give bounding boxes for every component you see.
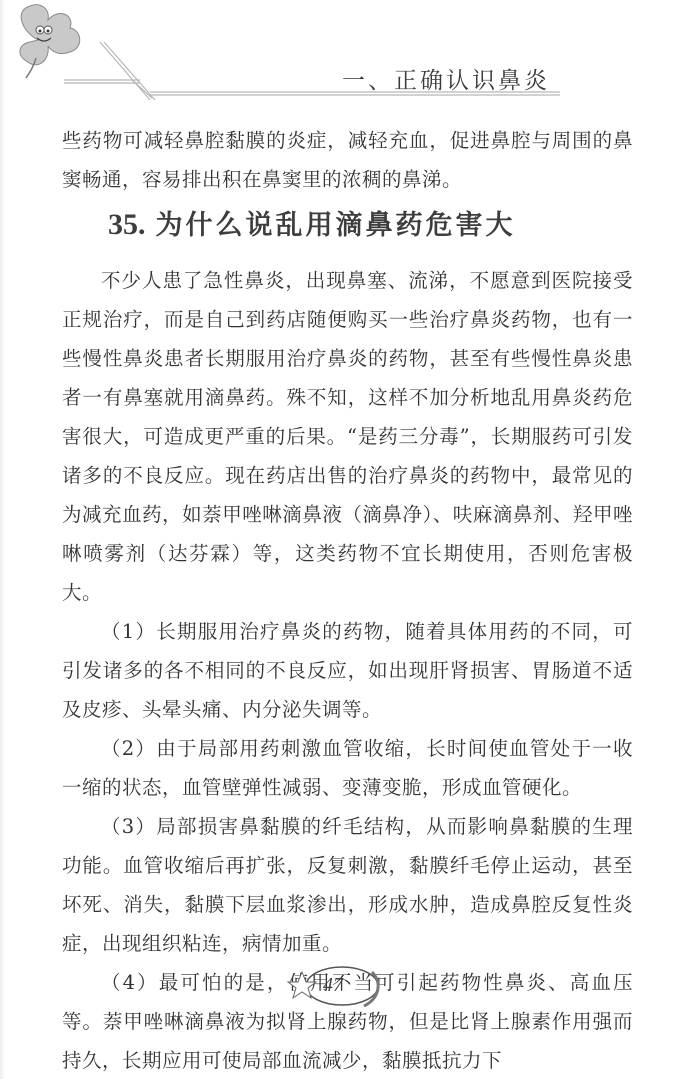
chapter-title: 一、正确认识鼻炎 (342, 62, 550, 95)
section-heading: 35.为什么说乱用滴鼻药危害大 (108, 203, 516, 242)
continuation-paragraph: 些药物可减轻鼻腔黏膜的炎症，减轻充血，促进鼻腔与周围的鼻窦畅通，容易排出积在鼻窦… (62, 121, 633, 199)
paragraph-intro: 不少人患了急性鼻炎，出现鼻塞、流涕，不愿意到医院接受正规治疗，而是自己到药店随便… (62, 261, 633, 612)
paragraph-item-2: （2）由于局部用药刺激血管收缩，长时间使血管处于一收一缩的状态，血管壁弹性减弱、… (62, 729, 633, 807)
paragraph-item-1: （1）长期服用治疗鼻炎的药物，随着具体用药的不同，可引发诸多的各不相同的不良反应… (62, 612, 633, 729)
running-header: 一、正确认识鼻炎 (0, 0, 687, 110)
paragraph-continuation: 些药物可减轻鼻腔黏膜的炎症，减轻充血，促进鼻腔与周围的鼻窦畅通，容易排出积在鼻窦… (62, 121, 633, 199)
page-edge (0, 0, 5, 1079)
paragraph-item-3: （3）局部损害鼻黏膜的纤毛结构，从而影响鼻黏膜的生理功能。血管收缩后再扩张，反复… (62, 807, 633, 963)
page-number: 47 (323, 974, 343, 997)
section-number: 35. (108, 208, 146, 241)
clover-mascot-icon (0, 0, 90, 85)
page-number-badge: 47 (280, 962, 390, 1012)
section-title: 为什么说乱用滴鼻药危害大 (156, 210, 516, 241)
section-body: 不少人患了急性鼻炎，出现鼻塞、流涕，不愿意到医院接受正规治疗，而是自己到药店随便… (62, 261, 633, 1079)
